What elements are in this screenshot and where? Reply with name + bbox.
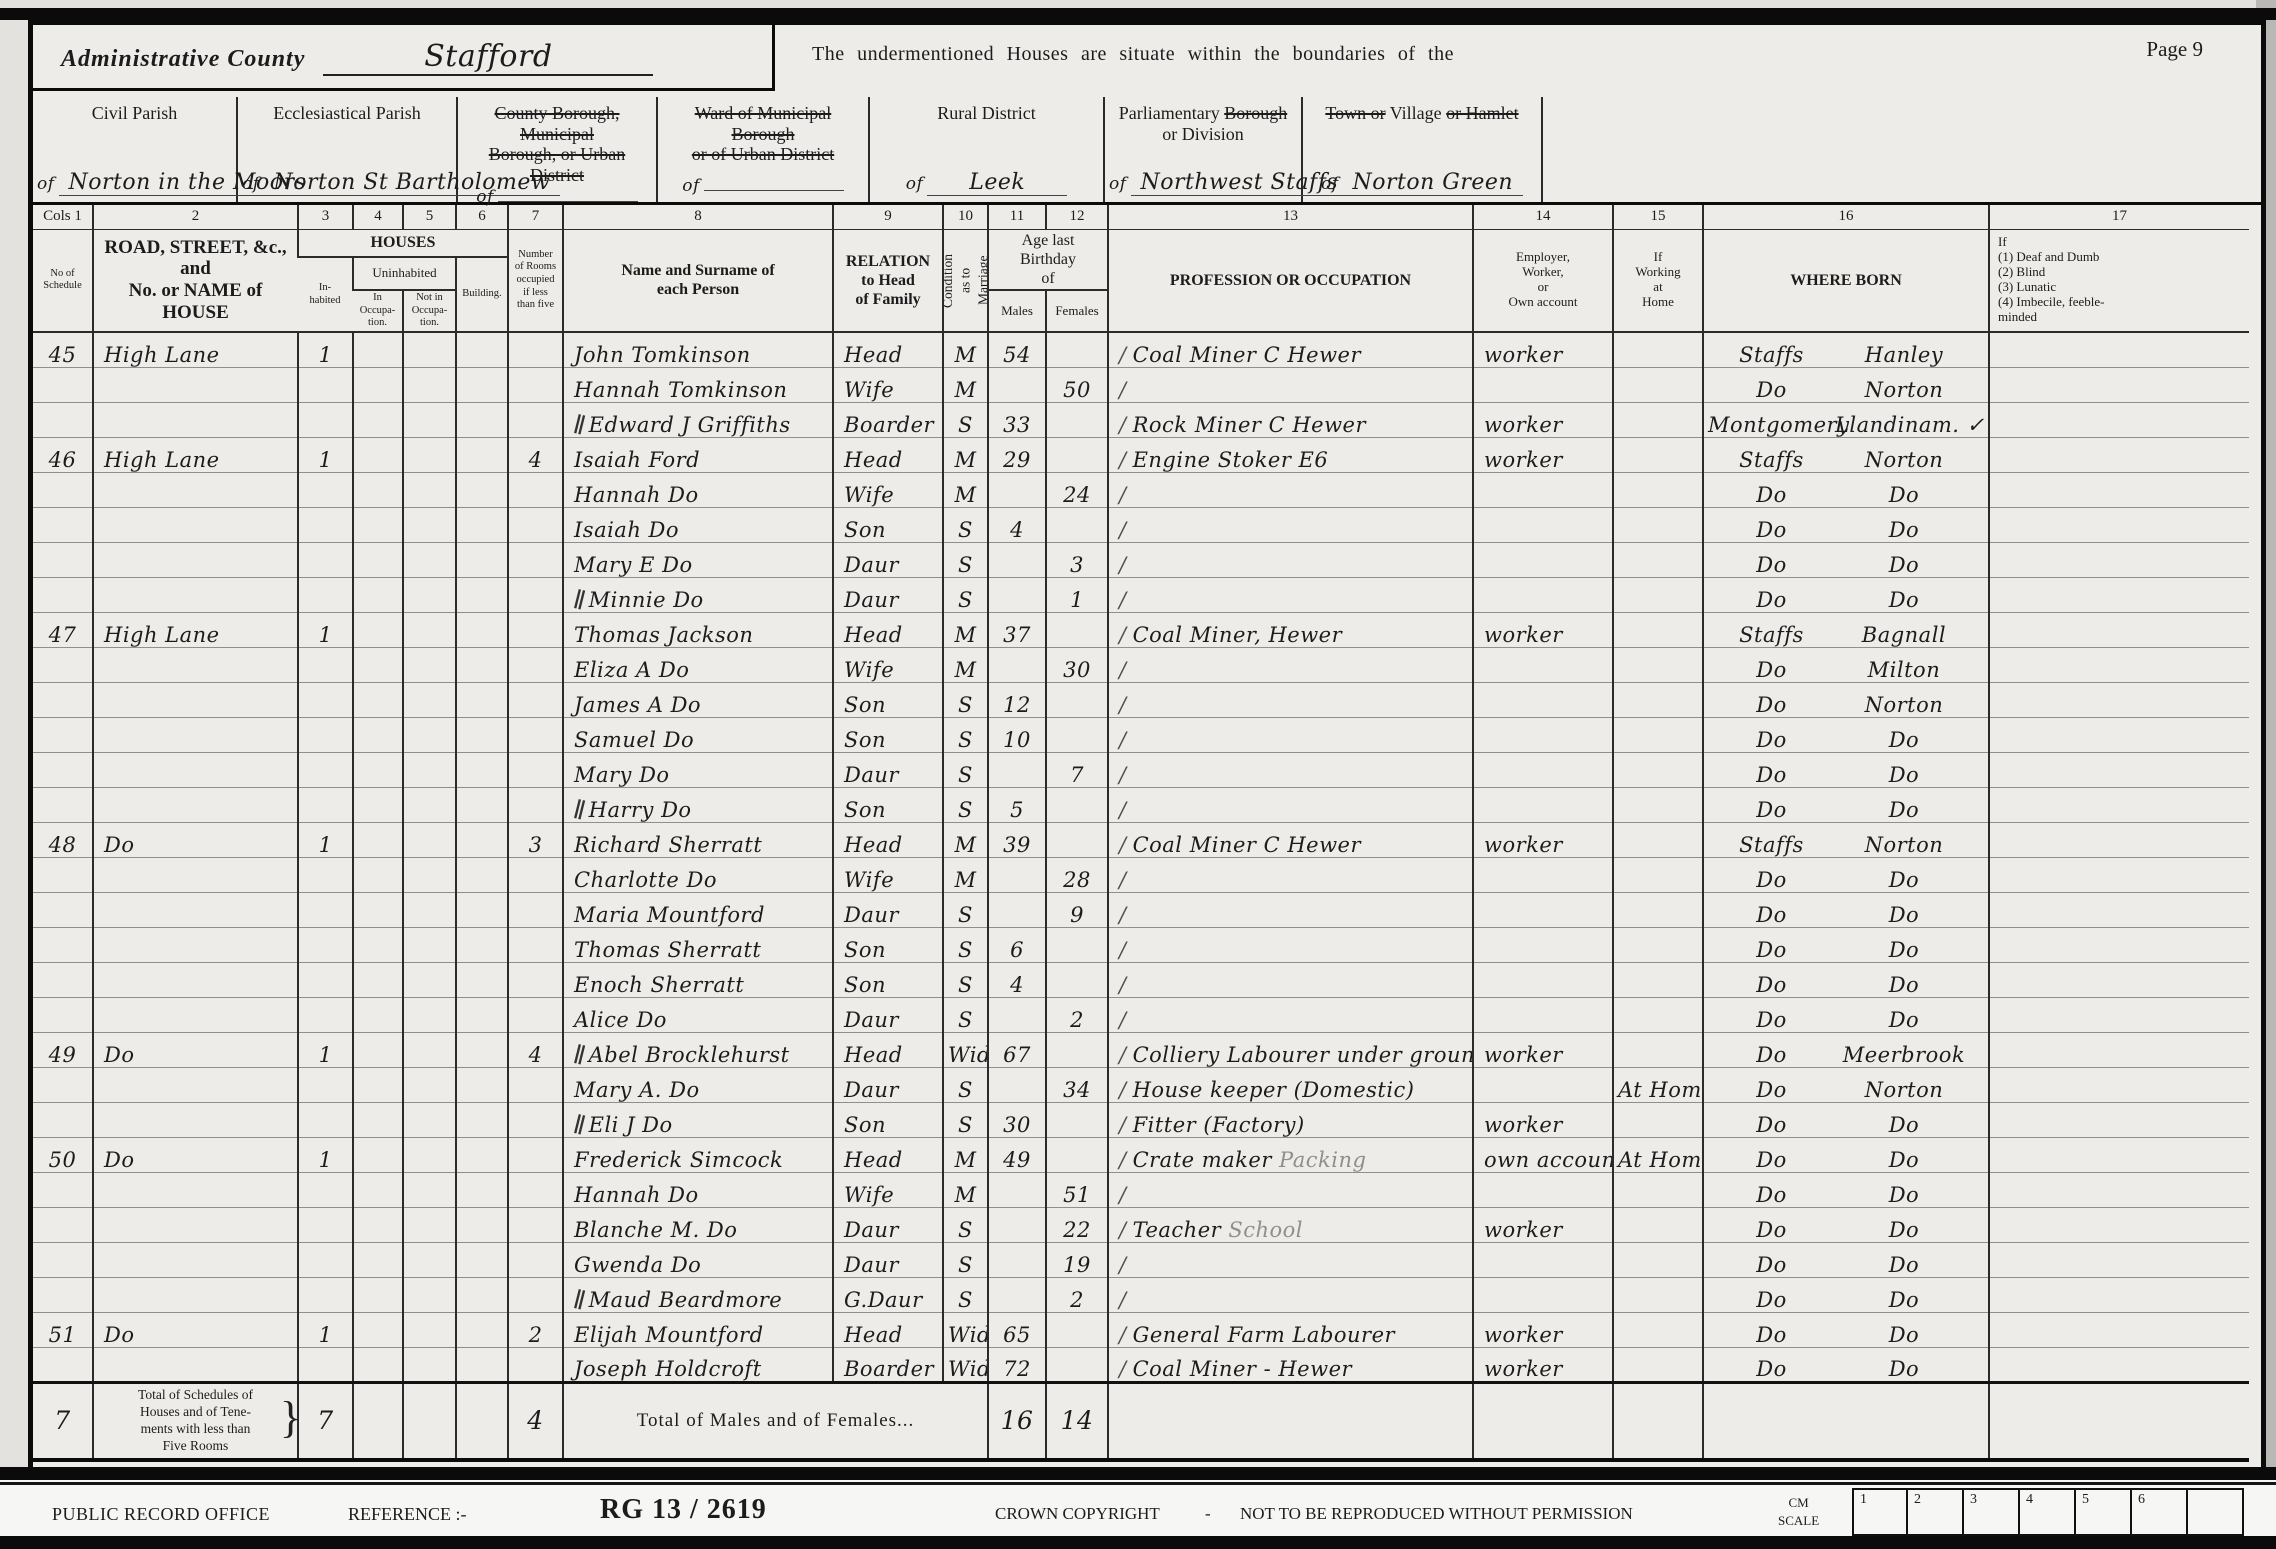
cell-occupation: /Teacher School bbox=[1108, 1207, 1473, 1242]
district-value bbox=[498, 201, 638, 202]
cell-road bbox=[93, 1277, 298, 1312]
enumerator-tick: / bbox=[1119, 728, 1127, 752]
cell-employment bbox=[1473, 717, 1613, 752]
cell-uninhabited-not-occ bbox=[403, 367, 456, 402]
col-num-5: 5 bbox=[403, 205, 456, 229]
cell-occupation: /Engine Stoker E6 bbox=[1108, 437, 1473, 472]
born-county: Do bbox=[1708, 1043, 1835, 1067]
cell-infirmity bbox=[1989, 472, 2249, 507]
cell-inhabited bbox=[298, 787, 353, 822]
table-row: Thomas SherrattSonS6/DoDo bbox=[33, 927, 2249, 962]
enumerator-tick: / bbox=[1119, 483, 1127, 507]
cell-road bbox=[93, 472, 298, 507]
cell-uninhabited-in-occ bbox=[353, 1032, 403, 1067]
cell-uninhabited-not-occ bbox=[403, 997, 456, 1032]
cell-relation: Wife bbox=[833, 1172, 943, 1207]
cell-rooms bbox=[508, 1242, 563, 1277]
cell-rooms bbox=[508, 752, 563, 787]
born-county: Do bbox=[1708, 1218, 1835, 1242]
page-number: Page 9 bbox=[2146, 37, 2203, 62]
cell-rooms bbox=[508, 647, 563, 682]
cell-building bbox=[456, 647, 508, 682]
cell-uninhabited-not-occ bbox=[403, 402, 456, 437]
cell-uninhabited-not-occ bbox=[403, 1137, 456, 1172]
born-place: Llandinam. ✓ bbox=[1835, 413, 1973, 437]
cell-age-male bbox=[988, 1207, 1046, 1242]
table-row: Blanche M. DoDaurS22/Teacher Schoolworke… bbox=[33, 1207, 2249, 1242]
cell-occupation: /General Farm Labourer bbox=[1108, 1312, 1473, 1347]
cell-condition: S bbox=[943, 717, 988, 752]
cell-uninhabited-in-occ bbox=[353, 507, 403, 542]
born-county: Do bbox=[1708, 693, 1835, 717]
cell-condition: Widr bbox=[943, 1312, 988, 1347]
cell-where-born: DoDo bbox=[1703, 1277, 1989, 1312]
cell-schedule bbox=[33, 717, 93, 752]
cell-employment bbox=[1473, 1067, 1613, 1102]
born-place: Do bbox=[1835, 553, 1973, 577]
cell-uninhabited-in-occ bbox=[353, 682, 403, 717]
cell-building bbox=[456, 577, 508, 612]
cell-infirmity bbox=[1989, 1277, 2249, 1312]
cell-age-female bbox=[1046, 927, 1108, 962]
cell-rooms bbox=[508, 402, 563, 437]
cell-uninhabited-in-occ bbox=[353, 1137, 403, 1172]
cell-where-born: StaffsBagnall bbox=[1703, 612, 1989, 647]
cell-occupation: /Rock Miner C Hewer bbox=[1108, 402, 1473, 437]
cell-relation: Son bbox=[833, 962, 943, 997]
cell-condition: M bbox=[943, 1172, 988, 1207]
cell-uninhabited-not-occ bbox=[403, 752, 456, 787]
district-title: Civil Parish bbox=[37, 103, 232, 124]
born-place: Do bbox=[1835, 483, 1973, 507]
cell-road: High Lane bbox=[93, 437, 298, 472]
born-county: Do bbox=[1708, 553, 1835, 577]
cell-age-female bbox=[1046, 507, 1108, 542]
cell-uninhabited-not-occ bbox=[403, 612, 456, 647]
cell-inhabited bbox=[298, 752, 353, 787]
cell-where-born: DoDo bbox=[1703, 472, 1989, 507]
cell-uninhabited-not-occ bbox=[403, 1172, 456, 1207]
cell-uninhabited-not-occ bbox=[403, 577, 456, 612]
cell-infirmity bbox=[1989, 612, 2249, 647]
cell-occupation: / bbox=[1108, 542, 1473, 577]
enumerator-tick: / bbox=[1119, 343, 1127, 367]
cell-relation: Boarder bbox=[833, 1347, 943, 1382]
district-box-7 bbox=[1543, 97, 2249, 202]
cell-occupation: / bbox=[1108, 997, 1473, 1032]
cell-building bbox=[456, 1102, 508, 1137]
born-county: Do bbox=[1708, 728, 1835, 752]
cell-age-female bbox=[1046, 717, 1108, 752]
cell-employment bbox=[1473, 962, 1613, 997]
cell-name: ∥Minnie Do bbox=[563, 577, 833, 612]
cell-where-born: DoNorton bbox=[1703, 1067, 1989, 1102]
cell-road bbox=[93, 1242, 298, 1277]
cell-age-female: 9 bbox=[1046, 892, 1108, 927]
cell-age-male bbox=[988, 542, 1046, 577]
cell-age-male bbox=[988, 857, 1046, 892]
born-county: Do bbox=[1708, 1008, 1835, 1032]
cell-building bbox=[456, 962, 508, 997]
cell-rooms bbox=[508, 612, 563, 647]
cell-schedule bbox=[33, 927, 93, 962]
cell-occupation: / bbox=[1108, 682, 1473, 717]
born-county: Do bbox=[1708, 798, 1835, 822]
cell-schedule bbox=[33, 962, 93, 997]
cell-schedule bbox=[33, 647, 93, 682]
district-box-1: Ecclesiastical ParishofNorton St Barthol… bbox=[238, 97, 458, 202]
cell-employment bbox=[1473, 752, 1613, 787]
cell-schedule: 51 bbox=[33, 1312, 93, 1347]
public-record-office-label: PUBLIC RECORD OFFICE bbox=[52, 1504, 270, 1525]
cell-schedule bbox=[33, 1242, 93, 1277]
enumerator-tick: / bbox=[1119, 1288, 1127, 1312]
cell-where-born: DoDo bbox=[1703, 857, 1989, 892]
cell-occupation: / bbox=[1108, 752, 1473, 787]
cell-condition: S bbox=[943, 997, 988, 1032]
district-title-part: Town or bbox=[1325, 103, 1385, 123]
cell-working-at-home bbox=[1613, 717, 1703, 752]
cell-condition: S bbox=[943, 1102, 988, 1137]
pencil-annotation-above: C Below bbox=[1229, 1032, 1304, 1038]
cell-working-at-home: At Home bbox=[1613, 1067, 1703, 1102]
cell-infirmity bbox=[1989, 822, 2249, 857]
cell-building bbox=[456, 612, 508, 647]
cell-occupation: / bbox=[1108, 647, 1473, 682]
table-row: ∥Maud BeardmoreG.DaurS2/DoDo bbox=[33, 1277, 2249, 1312]
cell-relation: Wife bbox=[833, 367, 943, 402]
cell-relation: Head bbox=[833, 437, 943, 472]
district-of-label: of bbox=[682, 176, 700, 196]
cell-age-male: 37 bbox=[988, 612, 1046, 647]
born-place: Do bbox=[1835, 1183, 1973, 1207]
cell-inhabited bbox=[298, 1207, 353, 1242]
cell-name: Blanche M. Do bbox=[563, 1207, 833, 1242]
totals-inhabited-count: 7 bbox=[298, 1382, 353, 1460]
cell-name: ∥Maud Beardmore bbox=[563, 1277, 833, 1312]
scale-box-empty bbox=[2188, 1488, 2244, 1536]
cell-infirmity bbox=[1989, 997, 2249, 1032]
cell-uninhabited-in-occ bbox=[353, 927, 403, 962]
cell-inhabited bbox=[298, 542, 353, 577]
census-table: Cols 1 2 3 4 5 6 7 8 9 10 11 12 13 14 15… bbox=[33, 205, 2249, 1462]
cell-building bbox=[456, 1032, 508, 1067]
table-row: ∥Eli J DoSonS30/Fitter (Factory)workerDo… bbox=[33, 1102, 2249, 1137]
table-row: Maria MountfordDaurS9/DoDo bbox=[33, 892, 2249, 927]
cell-employment bbox=[1473, 787, 1613, 822]
cell-rooms bbox=[508, 892, 563, 927]
born-place: Do bbox=[1835, 1357, 1973, 1381]
col-header-houses: HOUSES bbox=[298, 229, 508, 257]
cell-rooms bbox=[508, 1172, 563, 1207]
cell-relation: Wife bbox=[833, 647, 943, 682]
born-place: Do bbox=[1835, 1253, 1973, 1277]
cell-relation: Wife bbox=[833, 857, 943, 892]
cell-infirmity bbox=[1989, 717, 2249, 752]
enumerator-tick: / bbox=[1119, 1148, 1127, 1172]
district-title-part: or Division bbox=[1162, 124, 1244, 144]
cell-uninhabited-in-occ bbox=[353, 787, 403, 822]
totals-empty-15 bbox=[1613, 1382, 1703, 1460]
table-footer: 7 Total of Schedules of Houses and of Te… bbox=[33, 1382, 2249, 1460]
cell-working-at-home bbox=[1613, 507, 1703, 542]
cell-schedule bbox=[33, 997, 93, 1032]
col-num-16: 16 bbox=[1703, 205, 1989, 229]
cell-condition: M bbox=[943, 332, 988, 367]
cell-where-born: DoNorton bbox=[1703, 682, 1989, 717]
census-scan-page: { "colors":{"paper":"#edece9","ink":"#1c… bbox=[0, 0, 2276, 1549]
born-county: Do bbox=[1708, 1183, 1835, 1207]
reference-label: REFERENCE :- bbox=[348, 1504, 467, 1525]
cell-uninhabited-not-occ bbox=[403, 1347, 456, 1382]
cell-schedule: 47 bbox=[33, 612, 93, 647]
cell-name: Maria Mountford bbox=[563, 892, 833, 927]
table-row: 47High Lane1Thomas JacksonHeadM37/Coal M… bbox=[33, 612, 2249, 647]
cell-road bbox=[93, 997, 298, 1032]
district-value-line: ofNorthwest Staffs bbox=[1109, 170, 1297, 198]
cell-infirmity bbox=[1989, 962, 2249, 997]
enumerator-mark: ∥ bbox=[571, 1041, 588, 1068]
district-title: Rural District bbox=[874, 103, 1099, 124]
cell-where-born: DoDo bbox=[1703, 892, 1989, 927]
enumerator-tick: / bbox=[1119, 553, 1127, 577]
cell-road bbox=[93, 857, 298, 892]
cell-infirmity bbox=[1989, 682, 2249, 717]
enumerator-tick: / bbox=[1119, 833, 1127, 857]
cell-rooms bbox=[508, 507, 563, 542]
col-num-13: 13 bbox=[1108, 205, 1473, 229]
cell-infirmity bbox=[1989, 787, 2249, 822]
district-value bbox=[704, 190, 844, 191]
born-place: Do bbox=[1835, 1148, 1973, 1172]
cell-employment: worker bbox=[1473, 1207, 1613, 1242]
cell-age-female bbox=[1046, 1137, 1108, 1172]
cell-relation: Head bbox=[833, 1137, 943, 1172]
cell-infirmity bbox=[1989, 437, 2249, 472]
cell-schedule: 48 bbox=[33, 822, 93, 857]
cell-age-male: 65 bbox=[988, 1312, 1046, 1347]
born-county: Do bbox=[1708, 1323, 1835, 1347]
cell-schedule bbox=[33, 1102, 93, 1137]
born-place: Do bbox=[1835, 588, 1973, 612]
district-title: Parliamentary Boroughor Division bbox=[1109, 103, 1297, 144]
cell-working-at-home bbox=[1613, 962, 1703, 997]
cell-schedule: 50 bbox=[33, 1137, 93, 1172]
cell-name: Mary Do bbox=[563, 752, 833, 787]
cell-schedule bbox=[33, 402, 93, 437]
cell-infirmity bbox=[1989, 1207, 2249, 1242]
cell-inhabited: 1 bbox=[298, 1137, 353, 1172]
cell-condition: S bbox=[943, 682, 988, 717]
cell-name: ∥Eli J Do bbox=[563, 1102, 833, 1137]
cell-age-male bbox=[988, 1172, 1046, 1207]
born-county: Do bbox=[1708, 378, 1835, 402]
district-title: County Borough, MunicipalBorough, or Urb… bbox=[462, 103, 652, 186]
cell-occupation: / bbox=[1108, 857, 1473, 892]
cell-inhabited bbox=[298, 507, 353, 542]
enumerator-tick: / bbox=[1119, 378, 1127, 402]
cell-inhabited: 1 bbox=[298, 1312, 353, 1347]
cell-condition: S bbox=[943, 1207, 988, 1242]
cell-age-male bbox=[988, 752, 1046, 787]
cell-building bbox=[456, 1067, 508, 1102]
table-row: 50Do1Frederick SimcockHeadM49/Crate make… bbox=[33, 1137, 2249, 1172]
cell-uninhabited-in-occ bbox=[353, 1207, 403, 1242]
cell-working-at-home bbox=[1613, 927, 1703, 962]
cell-occupation: /Coal Miner, Hewer bbox=[1108, 612, 1473, 647]
cell-relation: G.Daur bbox=[833, 1277, 943, 1312]
cell-age-female: 22 bbox=[1046, 1207, 1108, 1242]
cell-employment bbox=[1473, 1277, 1613, 1312]
cell-working-at-home bbox=[1613, 647, 1703, 682]
cell-infirmity bbox=[1989, 1102, 2249, 1137]
table-row: Eliza A DoWifeM30/DoMilton bbox=[33, 647, 2249, 682]
district-value-line: ofNorton St Bartholomew bbox=[242, 170, 452, 198]
cell-inhabited bbox=[298, 647, 353, 682]
district-box-6: Town or Village or HamletofNorton Green bbox=[1303, 97, 1543, 202]
cell-where-born: DoDo bbox=[1703, 542, 1989, 577]
cell-building bbox=[456, 787, 508, 822]
cell-schedule bbox=[33, 1207, 93, 1242]
district-box-5: Parliamentary Boroughor DivisionofNorthw… bbox=[1105, 97, 1303, 202]
cell-building bbox=[456, 542, 508, 577]
cell-uninhabited-not-occ bbox=[403, 472, 456, 507]
col-header-occupation: PROFESSION OR OCCUPATION bbox=[1108, 229, 1473, 332]
cell-working-at-home bbox=[1613, 1312, 1703, 1347]
cell-schedule: 49 bbox=[33, 1032, 93, 1067]
cell-age-male bbox=[988, 577, 1046, 612]
cell-working-at-home bbox=[1613, 367, 1703, 402]
cell-employment bbox=[1473, 507, 1613, 542]
cell-rooms: 4 bbox=[508, 1032, 563, 1067]
cell-schedule bbox=[33, 367, 93, 402]
cell-infirmity bbox=[1989, 1172, 2249, 1207]
totals-empty-14 bbox=[1473, 1382, 1613, 1460]
cell-schedule bbox=[33, 1172, 93, 1207]
born-place: Do bbox=[1835, 1218, 1973, 1242]
enumerator-tick: / bbox=[1119, 903, 1127, 927]
cell-age-male bbox=[988, 1067, 1046, 1102]
born-county: Staffs bbox=[1708, 833, 1835, 857]
cell-building bbox=[456, 857, 508, 892]
cell-rooms bbox=[508, 332, 563, 367]
cell-road bbox=[93, 507, 298, 542]
cell-uninhabited-in-occ bbox=[353, 1347, 403, 1382]
cell-schedule bbox=[33, 577, 93, 612]
cell-uninhabited-not-occ bbox=[403, 332, 456, 367]
table-row: 49Do14∥Abel BrocklehurstHeadWidr67/Colli… bbox=[33, 1032, 2249, 1067]
cell-infirmity bbox=[1989, 1242, 2249, 1277]
cell-inhabited bbox=[298, 367, 353, 402]
scale-box: 3 bbox=[1964, 1488, 2020, 1536]
cell-occupation: / bbox=[1108, 1172, 1473, 1207]
table-body: 45High Lane1John TomkinsonHeadM54/Coal M… bbox=[33, 332, 2249, 1382]
cell-occupation: / bbox=[1108, 892, 1473, 927]
cell-name: Mary A. Do bbox=[563, 1067, 833, 1102]
col-header-building: Building. bbox=[456, 257, 508, 332]
cell-road: Do bbox=[93, 1032, 298, 1067]
cell-employment: worker bbox=[1473, 1032, 1613, 1067]
table-row: Mary E DoDaurS3/DoDo bbox=[33, 542, 2249, 577]
cell-rooms bbox=[508, 962, 563, 997]
table-row: 51Do12Elijah MountfordHeadWidr65/General… bbox=[33, 1312, 2249, 1347]
cell-infirmity bbox=[1989, 1137, 2249, 1172]
cell-where-born: DoDo bbox=[1703, 997, 1989, 1032]
born-county: Do bbox=[1708, 1078, 1835, 1102]
born-county: Do bbox=[1708, 763, 1835, 787]
cell-relation: Daur bbox=[833, 577, 943, 612]
table-row: ∥Minnie DoDaurS1/DoDo bbox=[33, 577, 2249, 612]
cell-employment bbox=[1473, 892, 1613, 927]
cell-where-born: StaffsHanley bbox=[1703, 332, 1989, 367]
cell-where-born: DoDo bbox=[1703, 507, 1989, 542]
table-row: Alice DoDaurS2/DoDo bbox=[33, 997, 2249, 1032]
district-title: Ward of Municipal Boroughor of Urban Dis… bbox=[662, 103, 864, 165]
cell-employment bbox=[1473, 647, 1613, 682]
cell-age-male bbox=[988, 1242, 1046, 1277]
cell-infirmity bbox=[1989, 1067, 2249, 1102]
cell-where-born: StaffsNorton bbox=[1703, 822, 1989, 857]
cell-relation: Head bbox=[833, 1032, 943, 1067]
cell-condition: S bbox=[943, 542, 988, 577]
cell-schedule: 45 bbox=[33, 332, 93, 367]
cell-age-female: 2 bbox=[1046, 1277, 1108, 1312]
born-place: Do bbox=[1835, 728, 1973, 752]
cell-occupation: / bbox=[1108, 717, 1473, 752]
cell-uninhabited-in-occ bbox=[353, 1172, 403, 1207]
district-title-part: Civil Parish bbox=[92, 103, 178, 123]
cell-name: Isaiah Do bbox=[563, 507, 833, 542]
cell-where-born: DoDo bbox=[1703, 1312, 1989, 1347]
cell-infirmity bbox=[1989, 542, 2249, 577]
cell-condition: S bbox=[943, 892, 988, 927]
cell-working-at-home bbox=[1613, 402, 1703, 437]
cell-schedule bbox=[33, 682, 93, 717]
col-num-9: 9 bbox=[833, 205, 943, 229]
cell-road bbox=[93, 1172, 298, 1207]
cell-condition: S bbox=[943, 507, 988, 542]
cell-infirmity bbox=[1989, 507, 2249, 542]
cell-employment bbox=[1473, 542, 1613, 577]
cell-where-born: DoDo bbox=[1703, 1137, 1989, 1172]
cell-relation: Head bbox=[833, 332, 943, 367]
reference-value: RG 13 / 2619 bbox=[600, 1494, 767, 1526]
cell-infirmity bbox=[1989, 332, 2249, 367]
cell-occupation: /Coal Miner C Hewer bbox=[1108, 822, 1473, 857]
district-boxes: Civil ParishofNorton in the MoorsEcclesi… bbox=[33, 97, 2261, 205]
pencil-annotation: School bbox=[1221, 1218, 1303, 1242]
cell-uninhabited-not-occ bbox=[403, 647, 456, 682]
cell-inhabited bbox=[298, 717, 353, 752]
district-of-label: of bbox=[1109, 174, 1127, 194]
cell-road bbox=[93, 682, 298, 717]
cell-building bbox=[456, 1347, 508, 1382]
cell-relation: Son bbox=[833, 1102, 943, 1137]
cell-condition: S bbox=[943, 1067, 988, 1102]
totals-schedule-count: 7 bbox=[33, 1382, 93, 1460]
born-place: Do bbox=[1835, 1323, 1973, 1347]
cell-infirmity bbox=[1989, 1032, 2249, 1067]
cell-employment: worker bbox=[1473, 332, 1613, 367]
district-title-part: Borough bbox=[1224, 103, 1287, 123]
col-header-name: Name and Surname of each Person bbox=[563, 229, 833, 332]
cell-condition: S bbox=[943, 1277, 988, 1312]
cell-where-born: DoDo bbox=[1703, 1347, 1989, 1382]
born-county: Do bbox=[1708, 588, 1835, 612]
cell-uninhabited-not-occ bbox=[403, 787, 456, 822]
born-place: Do bbox=[1835, 973, 1973, 997]
cell-building bbox=[456, 927, 508, 962]
